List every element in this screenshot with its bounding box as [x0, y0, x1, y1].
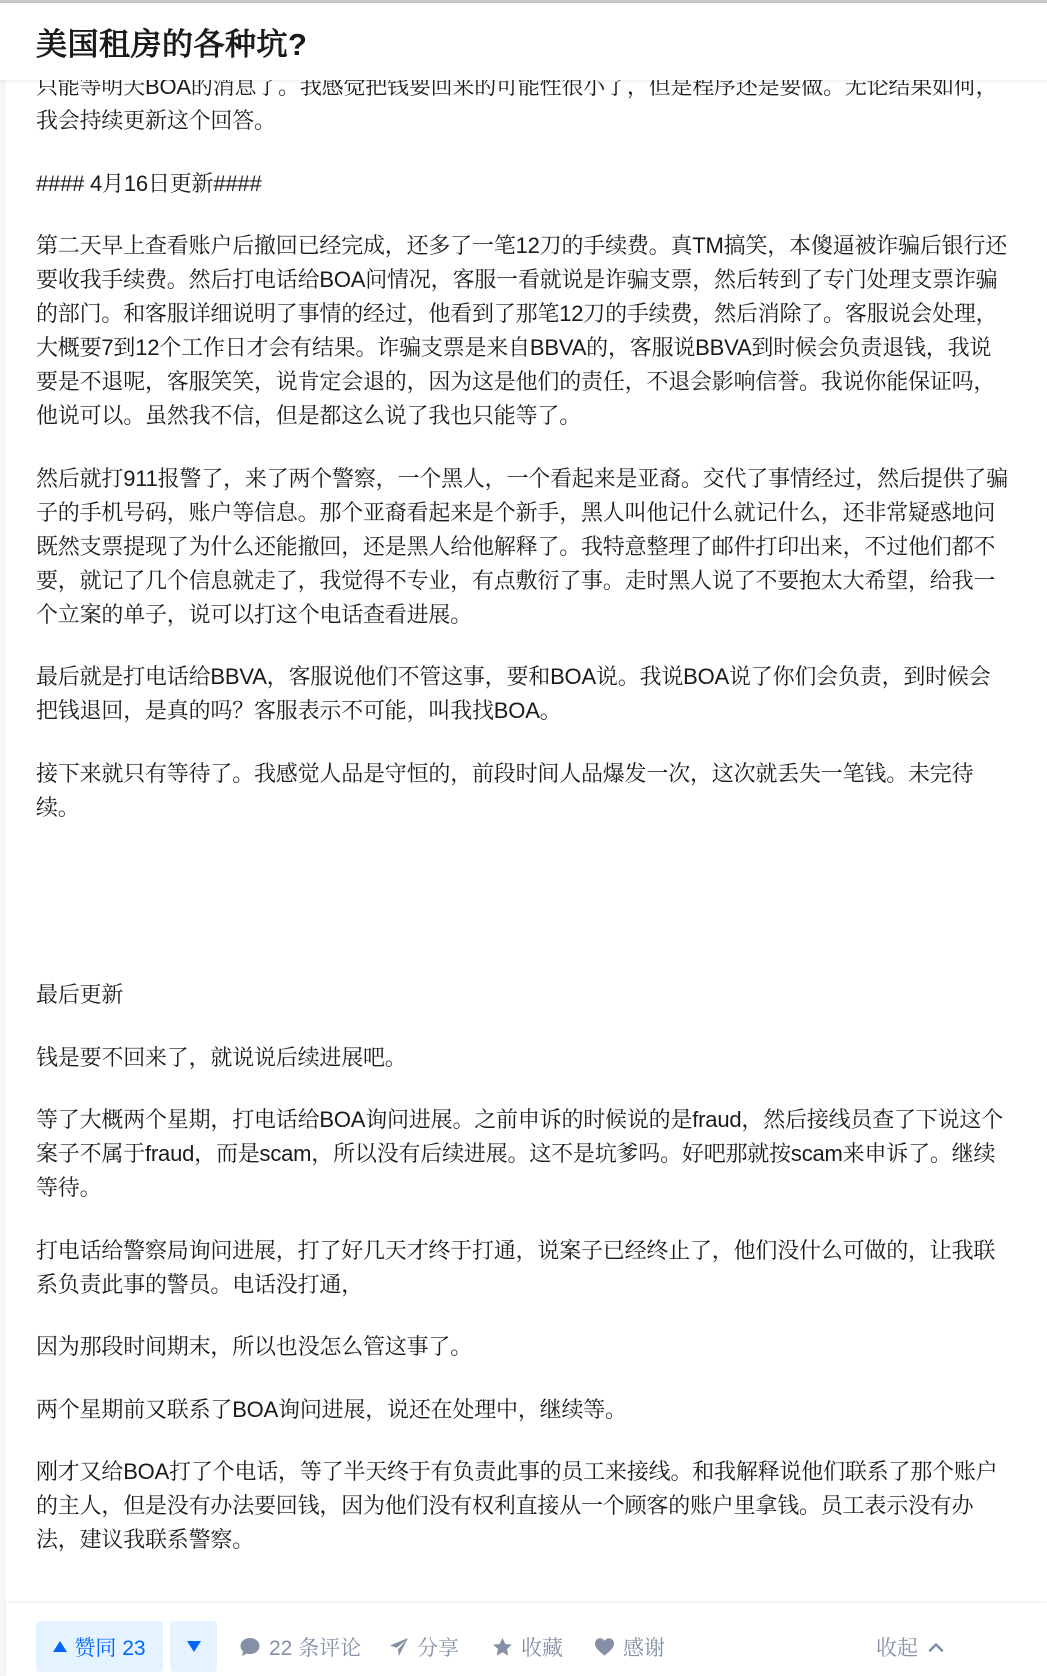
upvote-label: 赞同 23: [74, 1632, 145, 1662]
downvote-button[interactable]: [170, 1621, 217, 1672]
empty-paragraph: [36, 916, 1011, 950]
answer-paragraph: 刚才又给BOA打了个电话，等了半天终于有负责此事的员工来接线。和我解释说他们联系…: [36, 1455, 1011, 1557]
triangle-down-icon: [187, 1641, 201, 1652]
thanks-label: 感谢: [623, 1632, 665, 1662]
answer-paragraph: 两个星期前又联系了BOA询问进展，说还在处理中，继续等。: [36, 1393, 1011, 1427]
collapse-button[interactable]: 收起: [876, 1621, 944, 1672]
chevron-up-icon: [928, 1642, 944, 1652]
answer-paragraph: 打电话给警察局询问进展，打了好几天才终于打通，说案子已经终止了，他们没什么可做的…: [36, 1234, 1011, 1302]
share-button[interactable]: 分享: [389, 1621, 459, 1672]
share-label: 分享: [417, 1632, 459, 1662]
answer-paragraph: 只能等明天BOA的消息了。我感觉把钱要回来的可能性很小了，但是程序还是要做。无论…: [36, 70, 1011, 138]
paper-plane-icon: [389, 1637, 409, 1657]
comment-button[interactable]: 22 条评论: [239, 1621, 361, 1672]
thanks-button[interactable]: 感谢: [594, 1621, 665, 1672]
collapse-label: 收起: [876, 1632, 918, 1662]
star-icon: [492, 1637, 513, 1657]
empty-paragraph: [36, 853, 1011, 887]
answer-paragraph: 接下来就只有等待了。我感觉人品是守恒的，前段时间人品爆发一次，这次就丢失一笔钱。…: [36, 757, 1011, 825]
upvote-button[interactable]: 赞同 23: [36, 1621, 163, 1672]
answer-paragraph: 因为那段时间期末，所以也没怎么管这事了。: [36, 1330, 1011, 1364]
question-title[interactable]: 美国租房的各种坑?: [36, 25, 307, 65]
answer-paragraph: 然后就打911报警了，来了两个警察，一个黑人，一个看起来是亚裔。交代了事情经过，…: [36, 462, 1011, 632]
answer-paragraph: #### 4月16日更新####: [36, 167, 1011, 201]
comment-bubble-icon: [239, 1637, 261, 1657]
favorite-label: 收藏: [521, 1632, 563, 1662]
triangle-up-icon: [53, 1641, 67, 1652]
answer-paragraph: 最后就是打电话给BBVA，客服说他们不管这事，要和BOA说。我说BOA说了你们会…: [36, 660, 1011, 728]
answer-paragraph: 等了大概两个星期，打电话给BOA询问进展。之前申诉的时候说的是fraud，然后接…: [36, 1103, 1011, 1205]
heart-icon: [594, 1637, 615, 1656]
answer-content: 只能等明天BOA的消息了。我感觉把钱要回来的可能性很小了，但是程序还是要做。无论…: [36, 70, 1011, 1586]
favorite-button[interactable]: 收藏: [492, 1621, 563, 1672]
answer-paragraph: 第二天早上查看账户后撤回已经完成，还多了一笔12刀的手续费。真TM搞笑，本傻逼被…: [36, 229, 1011, 433]
sticky-question-header: 美国租房的各种坑?: [0, 3, 1047, 80]
comment-label: 22 条评论: [269, 1632, 361, 1662]
answer-paragraph: 最后更新: [36, 978, 1011, 1012]
answer-paragraph: 钱是要不回来了，就说说后续进展吧。: [36, 1041, 1011, 1075]
answer-action-bar: 赞同 23 22 条评论 分享 收藏 感谢 收起: [6, 1603, 1047, 1676]
